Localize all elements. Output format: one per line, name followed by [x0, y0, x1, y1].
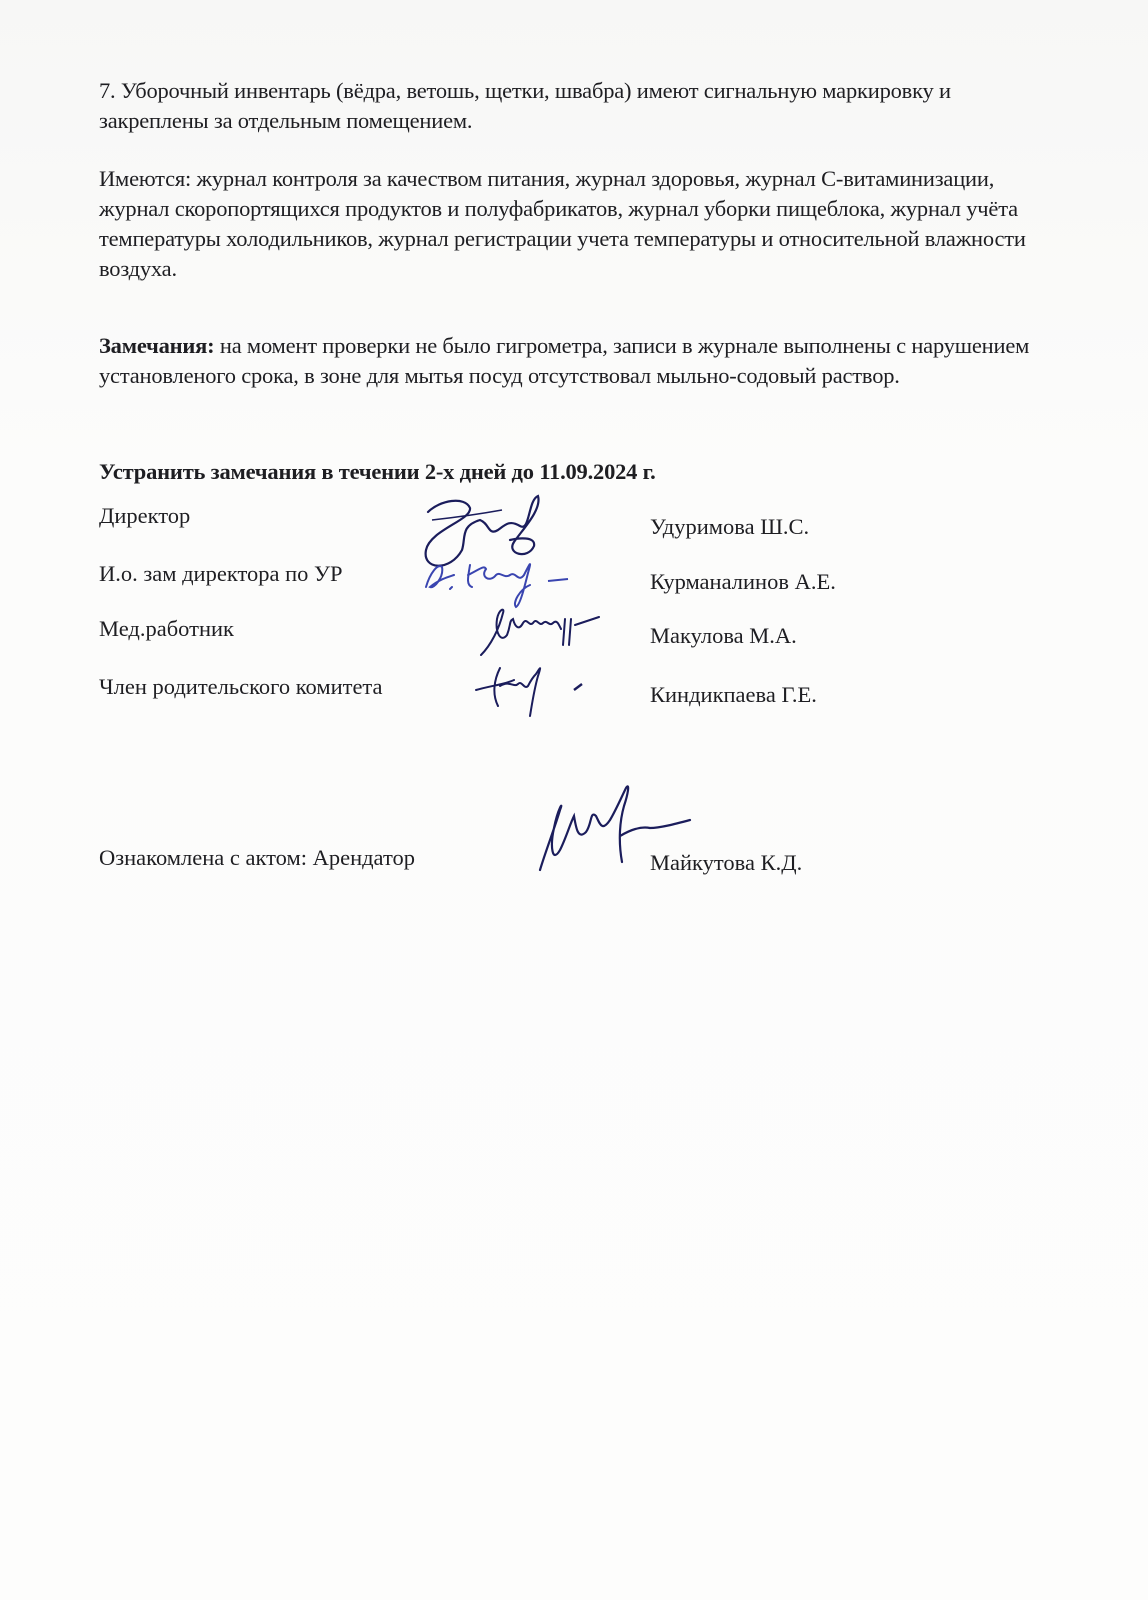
- signature-parent-committee-icon: [470, 660, 610, 720]
- signatory-name-parent-committee: Киндикпаева Г.Е.: [650, 680, 817, 710]
- acknowledgement-label: Ознакомлена с актом: Арендатор: [99, 843, 415, 873]
- signatory-role-parent-committee: Член родительского комитета: [99, 672, 383, 702]
- signatory-name-director: Удуримова Ш.С.: [650, 512, 809, 542]
- document-page: 7. Уборочный инвентарь (вёдра, ветошь, щ…: [0, 0, 1148, 1600]
- signatory-role-medic: Мед.работник: [99, 614, 234, 644]
- signatory-name-deputy: Курманалинов А.Е.: [650, 567, 836, 597]
- signatory-name-medic: Макулова М.А.: [650, 621, 797, 651]
- signature-tenant-icon: [530, 780, 700, 880]
- signatory-role-deputy: И.о. зам директора по УР: [99, 559, 342, 589]
- signatory-role-director: Директор: [99, 501, 190, 531]
- remarks-text: на момент проверки не было гигрометра, з…: [99, 333, 1029, 388]
- logs-paragraph: Имеются: журнал контроля за качеством пи…: [99, 164, 1059, 284]
- remarks-label: Замечания:: [99, 333, 214, 358]
- remarks-paragraph: Замечания: на момент проверки не было ги…: [99, 331, 1059, 391]
- instruction-deadline: Устранить замечания в течении 2-х дней д…: [99, 457, 1059, 487]
- signature-medic-icon: [475, 605, 605, 665]
- item-7-paragraph: 7. Уборочный инвентарь (вёдра, ветошь, щ…: [99, 76, 1059, 136]
